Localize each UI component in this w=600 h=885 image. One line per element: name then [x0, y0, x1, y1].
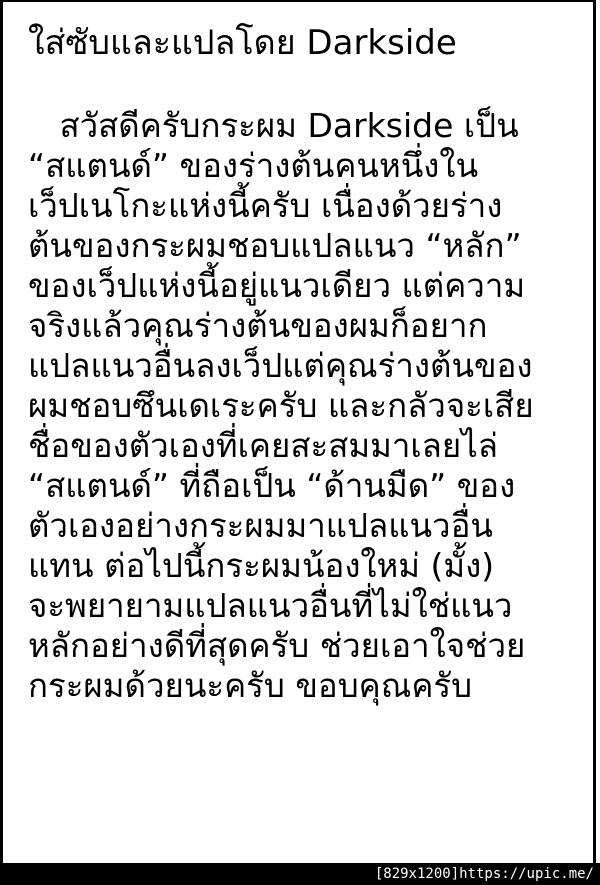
note-line: ชื่อของตัวเองที่เคยสะสมมาเลยไล่	[28, 426, 576, 466]
watermark-bar: [829x1200]https://upic.me/	[0, 863, 600, 885]
credit-page: ใส่ซับและแปลโดย Darkside สวัสดีครับกระผม…	[0, 0, 600, 885]
note-line: แทน ต่อไปนี้กระผมน้องใหม่ (มั้ง)	[28, 546, 576, 586]
note-line: ตัวเองอย่างกระผมมาแปลแนวอื่น	[28, 506, 576, 546]
page-title: ใส่ซับและแปลโดย Darkside	[28, 20, 576, 66]
note-line: หลักอย่างดีที่สุดครับ ช่วยเอาใจช่วย	[28, 626, 576, 666]
note-line: ของเว็ปแห่งนี้อยู่แนวเดียว แต่ความ	[28, 266, 576, 306]
note-line: เว็ปเนโกะแห่งนี้ครับ เนื่องด้วยร่าง	[28, 186, 576, 226]
note-line: จะพยายามแปลแนวอื่นที่ไม่ใช่แนว	[28, 586, 576, 626]
translator-note: สวัสดีครับกระผม Darkside เป็น “สแตนด์” ข…	[28, 106, 576, 706]
note-line: ต้นของกระผมชอบแปลแนว “หลัก”	[28, 226, 576, 266]
note-line: จริงแล้วคุณร่างต้นของผมก็อยาก	[28, 306, 576, 346]
watermark-text: [829x1200]https://upic.me/	[375, 863, 594, 885]
note-line: ผมชอบซึนเดเระครับ และกลัวจะเสีย	[28, 386, 576, 426]
note-line: “สแตนด์” ของร่างต้นคนหนึ่งใน	[28, 146, 576, 186]
note-line: แปลแนวอื่นลงเว็ปแต่คุณร่างต้นของ	[28, 346, 576, 386]
note-line: กระผมด้วยนะครับ ขอบคุณครับ	[28, 666, 576, 706]
note-line: สวัสดีครับกระผม Darkside เป็น	[28, 106, 576, 146]
note-line: “สแตนด์” ที่ถือเป็น “ด้านมืด” ของ	[28, 466, 576, 506]
page-content: ใส่ซับและแปลโดย Darkside สวัสดีครับกระผม…	[28, 20, 576, 706]
